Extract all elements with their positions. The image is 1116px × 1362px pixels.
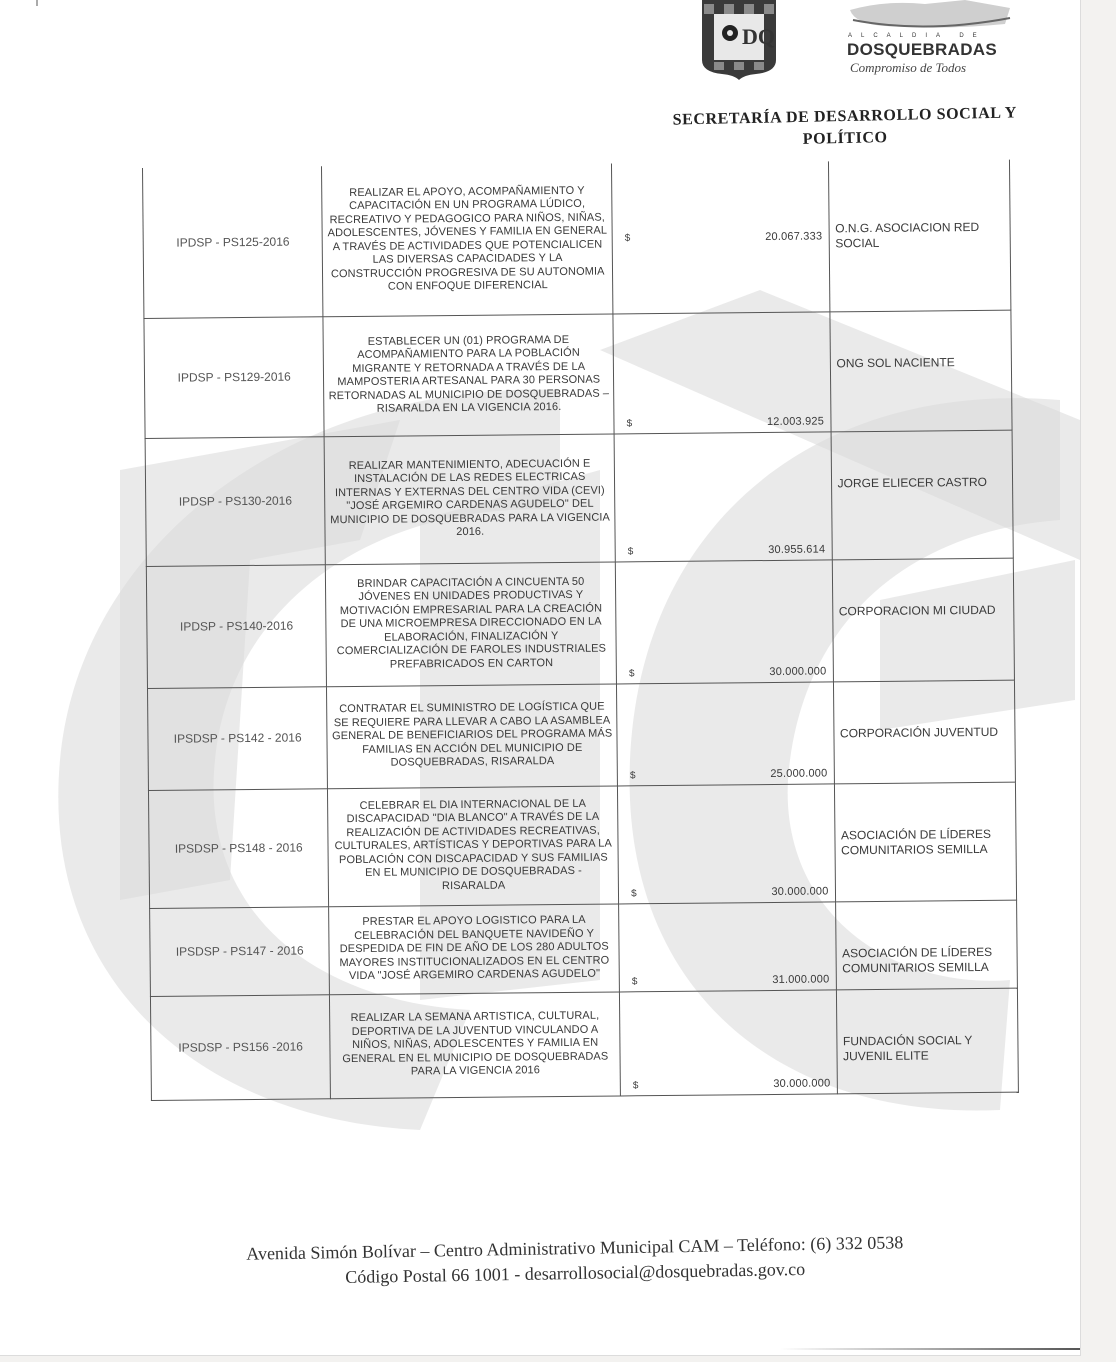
scan-mark [36,0,38,6]
contract-row: IPSDSP - PS142 - 2016CONTRATAR EL SUMINI… [147,680,1015,790]
contracts-table: IPDSP - PS125-2016REALIZAR EL APOYO, ACO… [142,160,1019,1101]
contract-code: IPSDSP - PS142 - 2016 [147,686,327,790]
contract-row: IPDSP - PS125-2016REALIZAR EL APOYO, ACO… [142,160,1010,318]
contract-code: IPDSP - PS129-2016 [144,316,325,438]
currency-symbol: $ [629,668,635,679]
contract-row: IPSDSP - PS156 -2016REALIZAR LA SEMANA A… [150,988,1018,1100]
currency-symbol: $ [628,546,634,557]
contract-row: IPDSP - PS129-2016ESTABLECER UN (01) PRO… [144,310,1012,438]
page-edge-shadow [780,1348,1080,1350]
contract-row: IPDSP - PS140-2016BRINDAR CAPACITACIÓN A… [146,558,1014,688]
contract-row: IPSDSP - PS148 - 2016CELEBRAR EL DIA INT… [148,782,1016,908]
contract-code: IPSDSP - PS148 - 2016 [148,788,329,908]
contractor-name: CORPORACIÓN JUVENTUD [833,680,1015,784]
currency-symbol: $ [625,233,631,244]
contract-value: $25.000.000 [617,681,834,785]
alcaldia-label: ALCALDIA DE [848,33,986,39]
contract-row: IPSDSP - PS147 - 2016PRESTAR EL APOYO LO… [150,900,1018,996]
municipal-crest-logo: DQ [700,0,778,80]
contract-objective: BRINDAR CAPACITACIÓN A CINCUENTA 50 JÓVE… [326,561,617,686]
currency-symbol: $ [633,1080,639,1091]
contract-amount: 20.067.333 [765,230,822,243]
contractor-name: CORPORACION MI CIUDAD [832,558,1015,682]
contract-code: IPDSP - PS140-2016 [146,564,327,688]
footer-address: Avenida Simón Bolívar – Centro Administr… [165,1229,986,1293]
contract-objective: CONTRATAR EL SUMINISTRO DE LOGÍSTICA QUE… [327,683,618,788]
contract-objective: REALIZAR EL APOYO, ACOMPAÑAMIENTO Y CAPA… [322,163,613,316]
contracts-table-container: IPDSP - PS125-2016REALIZAR EL APOYO, ACO… [142,160,1031,1101]
contract-amount: 12.003.925 [767,415,824,428]
contract-amount: 31.000.000 [772,973,829,986]
contract-value: $20.067.333 [612,161,830,313]
contract-objective: PRESTAR EL APOYO LOGISTICO PARA LA CELEB… [329,903,619,994]
contract-objective: CELEBRAR EL DIA INTERNACIONAL DE LA DISC… [328,785,619,906]
contractor-name: JORGE ELIECER CASTRO [831,430,1014,560]
contractor-name: ONG SOL NACIENTE [829,310,1012,432]
contractor-name: ASOCIACIÓN DE LÍDERES COMUNITARIOS SEMIL… [834,782,1017,902]
contract-amount: 30.000.000 [771,885,828,898]
currency-symbol: $ [626,418,632,429]
contract-code: IPDSP - PS130-2016 [145,436,326,566]
contract-amount: 30.955.614 [768,543,825,556]
contract-objective: REALIZAR MANTENIMIENTO, ADECUACIÓN E INS… [324,433,615,564]
contract-value: $30.955.614 [614,431,832,561]
contractor-name: FUNDACIÓN SOCIAL Y JUVENIL ELITE [836,988,1018,1094]
contractor-name: O.N.G. ASOCIACION RED SOCIAL [828,160,1011,312]
contract-code: IPSDSP - PS147 - 2016 [150,906,330,996]
contract-value: $30.000.000 [619,989,836,1095]
document-page: DQ ALCALDIA DE DOSQUEBRADAS Compromiso d… [0,0,1081,1356]
contract-amount: 30.000.000 [773,1077,830,1090]
municipality-slogan: Compromiso de Todos [850,60,966,76]
contract-objective: REALIZAR LA SEMANA ARTISTICA, CULTURAL, … [330,991,621,1098]
contract-value: $30.000.000 [618,783,836,903]
currency-symbol: $ [632,976,638,987]
contract-value: $31.000.000 [619,901,836,991]
contract-value: $30.000.000 [615,559,833,683]
currency-symbol: $ [631,888,637,899]
contract-objective: ESTABLECER UN (01) PROGRAMA DE ACOMPAÑAM… [323,313,614,436]
contract-value: $12.003.925 [613,311,831,433]
contract-amount: 25.000.000 [770,767,827,780]
municipality-name: DOSQUEBRADAS [847,40,997,60]
secretaria-title: SECRETARÍA DE DESARROLLO SOCIAL Y POLÍTI… [650,102,1041,154]
contract-code: IPDSP - PS125-2016 [142,166,323,318]
contract-amount: 30.000.000 [769,665,826,678]
currency-symbol: $ [630,770,636,781]
contractor-name: ASOCIACIÓN DE LÍDERES COMUNITARIOS SEMIL… [835,900,1017,990]
contract-code: IPSDSP - PS156 -2016 [150,994,330,1100]
crest-initials: DQ [742,24,775,49]
contract-row: IPDSP - PS130-2016REALIZAR MANTENIMIENTO… [145,430,1013,566]
